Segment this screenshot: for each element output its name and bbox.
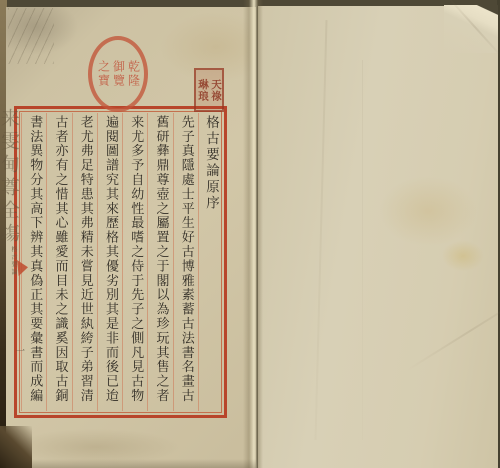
square-seal-text: 天祿 琳琅 <box>196 79 222 102</box>
text-column: 老尤弗足特患其弗精未嘗見近世紈絝子弟習清事 <box>72 113 97 411</box>
folded-corner <box>444 5 498 53</box>
text-column: 舊研彝鼎尊壺之屬置之于閣以為珍玩其售之者往 <box>147 113 172 411</box>
text-column: 遍閱圖譜究其來歷格其優劣別其是非而後已迨今 <box>97 113 122 411</box>
right-blank-page <box>258 6 498 468</box>
text-column: 古者亦有之惜其心雖愛而目未之識奚因取古銅器 <box>46 113 71 411</box>
square-collector-seal: 天祿 琳琅 <box>194 68 224 112</box>
text-column: 先子真隱處士平生好古博雅素蓄古法書名畫古琴 <box>173 113 198 411</box>
bottom-shadow <box>6 459 256 468</box>
book-photo: 格古要論原序 先子真隱處士平生好古博雅素蓄古法書名畫古琴 舊研彝鼎尊壺之屬置之于… <box>0 0 500 468</box>
crease <box>362 60 363 440</box>
title-column: 格古要論原序 <box>198 113 223 411</box>
text-column: 来尤多予自幼性最嗜之侍于先子之側凡見古物必 <box>122 113 147 411</box>
margin-label: 格古要論 <box>9 246 18 276</box>
text-column: 書法異物分其高下辨其真偽正其要彙書而成編折 <box>21 113 46 411</box>
curled-corner-creases <box>8 8 54 64</box>
folio-number: 一 <box>16 344 25 357</box>
oval-imperial-seal: 乾隆 御覽 之寶 <box>88 36 148 112</box>
page-gutter <box>243 0 263 468</box>
text-block: 格古要論原序 先子真隱處士平生好古博雅素蓄古法書名畫古琴 舊研彝鼎尊壺之屬置之于… <box>21 113 223 411</box>
oval-seal-text: 乾隆 御覽 之寶 <box>96 60 141 88</box>
